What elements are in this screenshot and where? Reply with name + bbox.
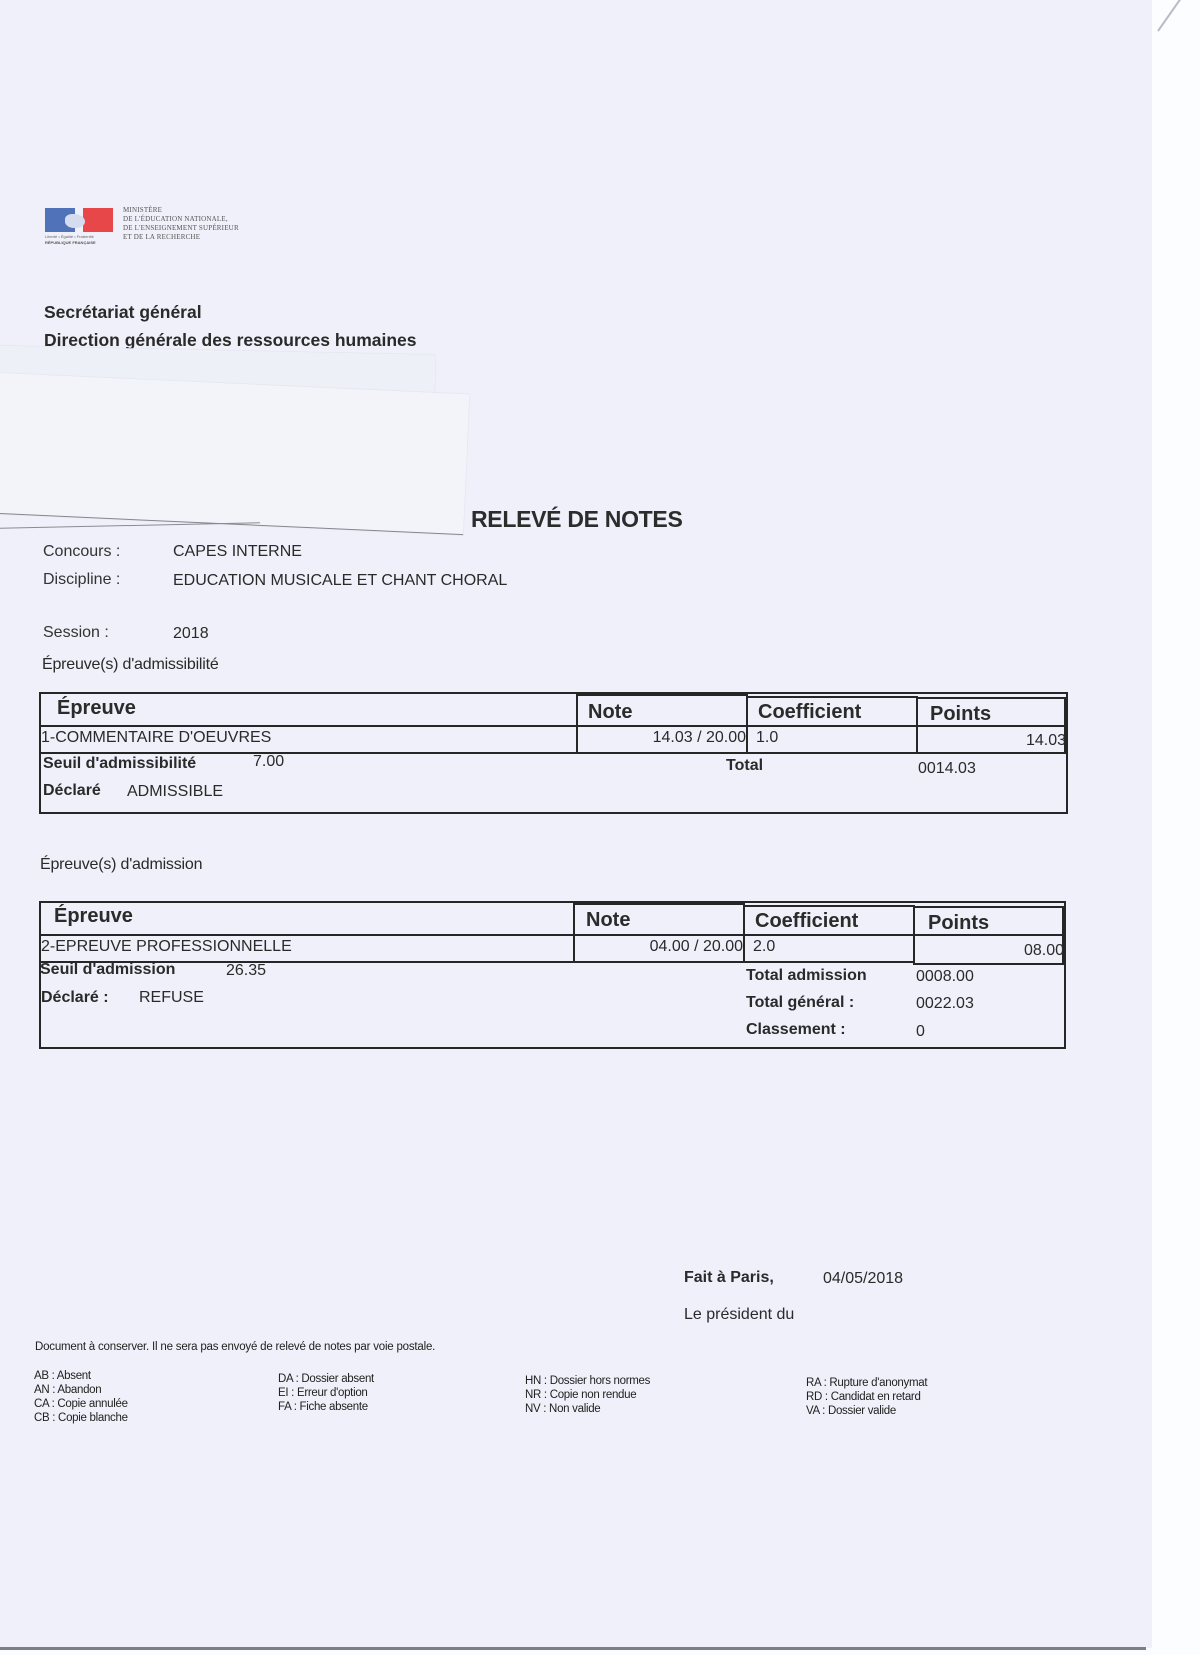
session-label: Session :: [43, 624, 109, 642]
epreuve-name: 2-EPREUVE PROFESSIONNELLE: [41, 938, 292, 956]
total-value: 0014.03: [918, 760, 976, 778]
page-bottom-edge: [0, 1647, 1146, 1650]
total-admission-label: Total admission: [746, 967, 867, 985]
header-cell-points: Points: [916, 697, 1066, 727]
scanner-margin: [1152, 0, 1200, 1655]
header-cell-note: Note: [576, 694, 748, 727]
coefficient-cell: 2.0: [743, 934, 915, 963]
legend-column: AB : Absent AN : Abandon CA : Copie annu…: [34, 1369, 128, 1425]
seuil-value: 7.00: [253, 753, 284, 771]
points-cell: 14.03: [916, 725, 1066, 754]
header-cell-note: Note: [573, 903, 745, 936]
declare-label: Déclaré :: [41, 989, 109, 1007]
total-general-value: 0022.03: [916, 995, 974, 1013]
document-title: RELEVÉ DE NOTES: [471, 506, 683, 533]
classement-value: 0: [916, 1023, 925, 1041]
discipline-value: EDUCATION MUSICALE ET CHANT CHORAL: [173, 572, 507, 590]
header-cell-coefficient: Coefficient: [746, 696, 918, 727]
legend-column: HN : Dossier hors normes NR : Copie non …: [525, 1374, 650, 1416]
concours-label: Concours :: [43, 543, 120, 561]
department-name: Secrétariat général: [44, 302, 202, 323]
coefficient-cell: 1.0: [746, 725, 918, 754]
place-label: Fait à Paris,: [684, 1269, 774, 1287]
marianne-flag-icon: Liberté • Égalité • Fraternité RÉPUBLIQU…: [45, 206, 113, 246]
seuil-label: Seuil d'admissibilité: [43, 755, 196, 773]
table-row: 1-COMMENTAIRE D'OEUVRES: [39, 725, 578, 754]
session-value: 2018: [173, 625, 209, 643]
note-cell: 14.03 / 20.00: [576, 725, 748, 754]
discipline-label: Discipline :: [43, 571, 120, 589]
total-general-label: Total général :: [746, 994, 854, 1012]
concours-value: CAPES INTERNE: [173, 543, 302, 561]
seuil-label: Seuil d'admission: [40, 961, 175, 979]
admissibilite-section-label: Épreuve(s) d'admissibilité: [42, 656, 219, 674]
header-cell-epreuve: Épreuve: [39, 901, 575, 936]
conservation-note: Document à conserver. Il ne sera pas env…: [35, 1341, 435, 1353]
republic-motto: Liberté • Égalité • Fraternité: [45, 234, 94, 239]
seuil-value: 26.35: [226, 962, 266, 980]
signature-date: 04/05/2018: [823, 1270, 903, 1288]
admission-section-label: Épreuve(s) d'admission: [40, 856, 202, 874]
total-label: Total: [726, 757, 763, 775]
header-cell-coefficient: Coefficient: [743, 905, 915, 936]
header-cell-points: Points: [913, 906, 1064, 936]
points-cell: 08.00: [913, 934, 1064, 965]
ministry-logo: Liberté • Égalité • Fraternité RÉPUBLIQU…: [45, 206, 239, 246]
classement-label: Classement :: [746, 1021, 846, 1039]
declare-label: Déclaré: [43, 782, 101, 800]
table-row: 2-EPREUVE PROFESSIONNELLE: [39, 934, 575, 963]
republic-name: RÉPUBLIQUE FRANÇAISE: [45, 240, 96, 245]
covering-paper-slip: [0, 372, 469, 535]
header-cell-epreuve: Épreuve: [39, 692, 578, 727]
legend-column: RA : Rupture d'anonymat RD : Candidat en…: [806, 1376, 927, 1418]
declare-value: ADMISSIBLE: [127, 783, 223, 801]
epreuve-name: 1-COMMENTAIRE D'OEUVRES: [41, 729, 271, 747]
note-cell: 04.00 / 20.00: [573, 934, 745, 963]
signatory: Le président du: [684, 1306, 794, 1324]
total-admission-value: 0008.00: [916, 968, 974, 986]
ministry-name: MINISTÈRE DE L'ÉDUCATION NATIONALE, DE L…: [123, 206, 239, 242]
legend-column: DA : Dossier absent EI : Erreur d'option…: [278, 1372, 374, 1414]
declare-value: REFUSE: [139, 989, 204, 1007]
